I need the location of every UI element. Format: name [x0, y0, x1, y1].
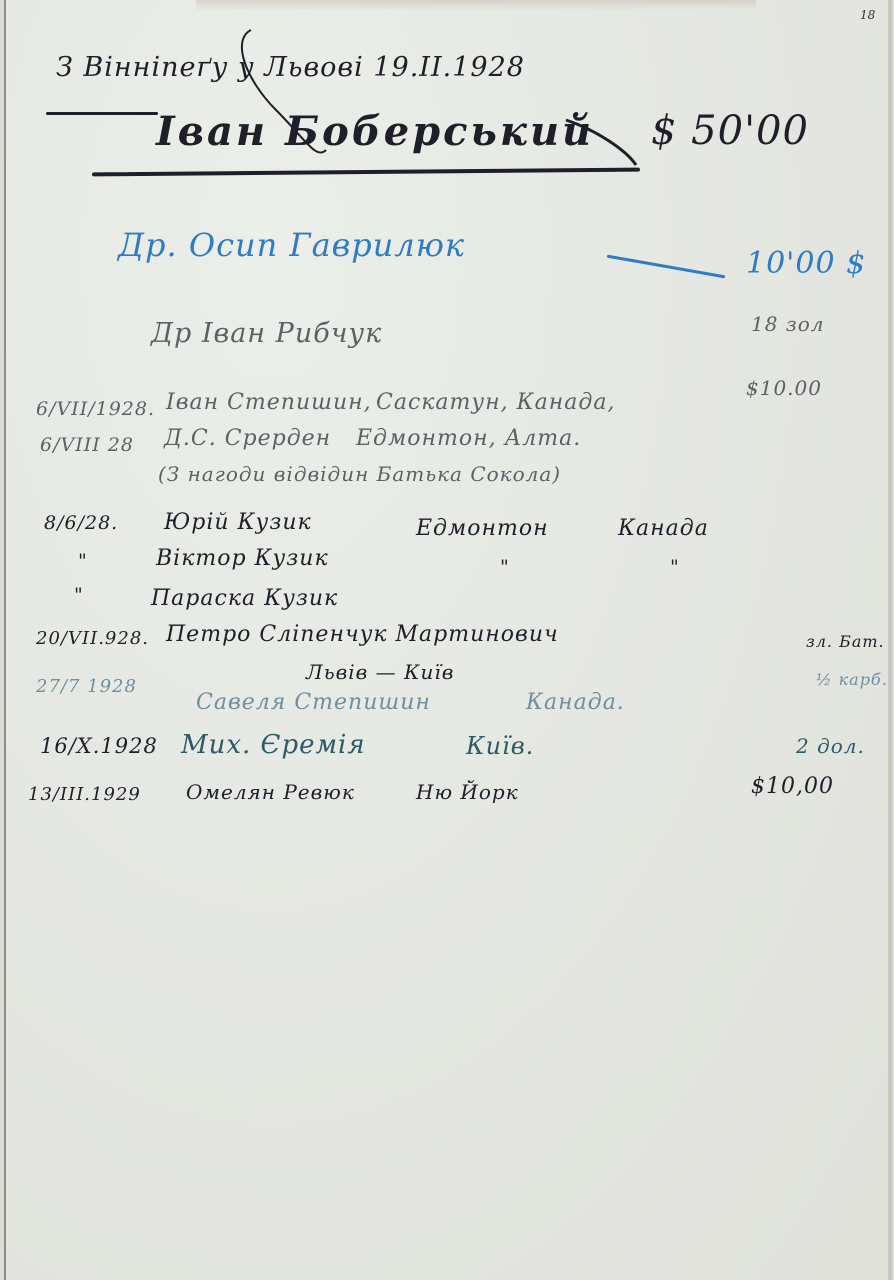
entry-name: Мих. Єремія: [181, 730, 366, 760]
ledger-page: 18 З Вінніпеґу у Львові 19.II.1928 Іван …: [4, 0, 892, 1280]
entry-amount: $10.00: [746, 376, 822, 400]
entry-country: ": [670, 556, 680, 578]
entry-date: ": [78, 550, 88, 572]
entry-name: Д.С. Срерден: [164, 426, 331, 451]
entry-name: Др Іван Рибчук: [151, 318, 382, 349]
entry-amount: $10,00: [751, 774, 834, 799]
entry-name: Віктор Кузик: [156, 546, 329, 571]
entry-amount: 10'00 $: [746, 246, 866, 281]
entry-amount: ½ карб.: [816, 670, 888, 689]
entry-name: Петро Сліпенчук Мартинович: [166, 622, 559, 647]
entry-place: Саскатун, Канада,: [376, 390, 615, 415]
entry-place: Едмонтон: [416, 516, 549, 541]
entry-name: Др. Осип Гаврилюк: [118, 226, 465, 264]
entry-amount: 2 дол.: [796, 734, 865, 758]
entry-date: 6/VII/1928.: [36, 398, 155, 420]
entry-country: Канада: [618, 516, 709, 541]
blue-flourish: [607, 255, 726, 279]
entry-name: Юрій Кузик: [164, 510, 312, 535]
entry-name: Іван Степишин,: [166, 390, 372, 415]
entry-date: 16/X.1928: [40, 734, 158, 758]
entry-date: 8/6/28.: [44, 512, 118, 534]
entry-place: Едмонтон, Алта.: [356, 426, 581, 451]
entry-date: 27/7 1928: [36, 676, 137, 697]
entry-name: Параска Кузик: [151, 586, 338, 611]
entry-date: ": [74, 584, 84, 606]
entry-amount: зл. Бат.: [806, 632, 885, 651]
entry-date: 13/III.1929: [28, 784, 141, 805]
entry-name: Омелян Ревюк: [186, 780, 355, 804]
entry-place: Львів — Київ: [306, 660, 454, 684]
entry-date: 20/VII.928.: [36, 628, 149, 649]
entry-place: ": [500, 556, 510, 578]
entry-place: Київ.: [466, 732, 534, 760]
entry-date: 6/VIII 28: [40, 434, 134, 456]
entry-place: Канада.: [526, 690, 625, 715]
entry-amount: 18 зол: [751, 312, 825, 336]
header-amount: $ 50'00: [651, 108, 809, 154]
entry-note: (З нагоди відвідин Батька Сокола): [158, 462, 561, 486]
entry-name: Савеля Степишин: [196, 690, 431, 715]
entry-place: Ню Йорк: [416, 780, 519, 804]
